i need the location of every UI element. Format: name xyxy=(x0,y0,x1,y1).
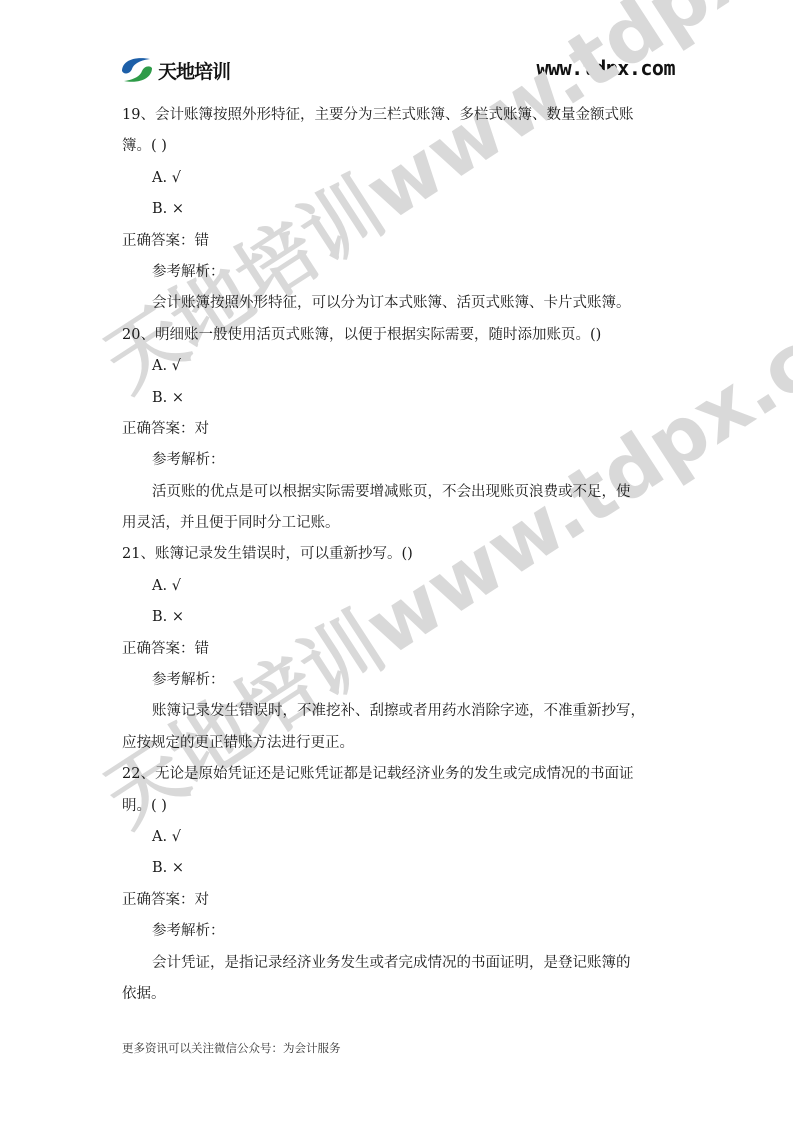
correct-answer: 正确答案：对 xyxy=(122,414,682,445)
analysis-text: 活页账的优点是可以根据实际需要增减账页，不会出现账页浪费或不足，使 xyxy=(122,477,682,508)
brand-logo: 天地培训 xyxy=(120,52,230,88)
question-block: 22、无论是原始凭证还是记账凭证都是记载经济业务的发生或完成情况的书面证 明。(… xyxy=(122,759,682,1010)
analysis-text: 会计账簿按照外形特征，可以分为订本式账簿、活页式账簿、卡片式账簿。 xyxy=(122,288,682,319)
brand-name: 天地培训 xyxy=(158,57,230,84)
option-a: A. √ xyxy=(122,351,682,382)
correct-answer: 正确答案：对 xyxy=(122,885,682,916)
correct-answer: 正确答案：错 xyxy=(122,226,682,257)
question-text: 20、明细账一般使用活页式账簿，以便于根据实际需要，随时添加账页。() xyxy=(122,320,682,351)
page-footer: 更多资讯可以关注微信公众号：为会计服务 xyxy=(122,1040,341,1056)
option-a: A. √ xyxy=(122,822,682,853)
analysis-text-cont: 应按规定的更正错账方法进行更正。 xyxy=(122,728,682,759)
analysis-text: 会计凭证，是指记录经济业务发生或者完成情况的书面证明，是登记账簿的 xyxy=(122,948,682,979)
question-text-cont: 簿。( ) xyxy=(122,131,682,162)
option-b: B. × xyxy=(122,383,682,414)
option-a: A. √ xyxy=(122,163,682,194)
document-body: 19、会计账簿按照外形特征，主要分为三栏式账簿、多栏式账簿、数量金额式账 簿。(… xyxy=(122,100,682,1010)
swirl-logo-icon xyxy=(120,55,154,85)
option-b: B. × xyxy=(122,194,682,225)
analysis-text-cont: 依据。 xyxy=(122,979,682,1010)
option-b: B. × xyxy=(122,853,682,884)
site-url: www.tdpx.com xyxy=(537,56,676,80)
correct-answer: 正确答案：错 xyxy=(122,634,682,665)
analysis-label: 参考解析： xyxy=(122,916,682,947)
question-text-cont: 明。( ) xyxy=(122,791,682,822)
option-b: B. × xyxy=(122,602,682,633)
question-text: 21、账簿记录发生错误时，可以重新抄写。() xyxy=(122,539,682,570)
analysis-label: 参考解析： xyxy=(122,445,682,476)
analysis-label: 参考解析： xyxy=(122,665,682,696)
question-block: 19、会计账簿按照外形特征，主要分为三栏式账簿、多栏式账簿、数量金额式账 簿。(… xyxy=(122,100,682,320)
analysis-text: 账簿记录发生错误时，不准挖补、刮擦或者用药水消除字迹，不准重新抄写， xyxy=(122,696,682,727)
option-a: A. √ xyxy=(122,571,682,602)
question-block: 21、账簿记录发生错误时，可以重新抄写。() A. √ B. × 正确答案：错 … xyxy=(122,539,682,759)
analysis-text-cont: 用灵活，并且便于同时分工记账。 xyxy=(122,508,682,539)
question-text: 22、无论是原始凭证还是记账凭证都是记载经济业务的发生或完成情况的书面证 xyxy=(122,759,682,790)
page-header: 天地培训 www.tdpx.com xyxy=(120,52,675,88)
analysis-label: 参考解析： xyxy=(122,257,682,288)
question-text: 19、会计账簿按照外形特征，主要分为三栏式账簿、多栏式账簿、数量金额式账 xyxy=(122,100,682,131)
question-block: 20、明细账一般使用活页式账簿，以便于根据实际需要，随时添加账页。() A. √… xyxy=(122,320,682,540)
